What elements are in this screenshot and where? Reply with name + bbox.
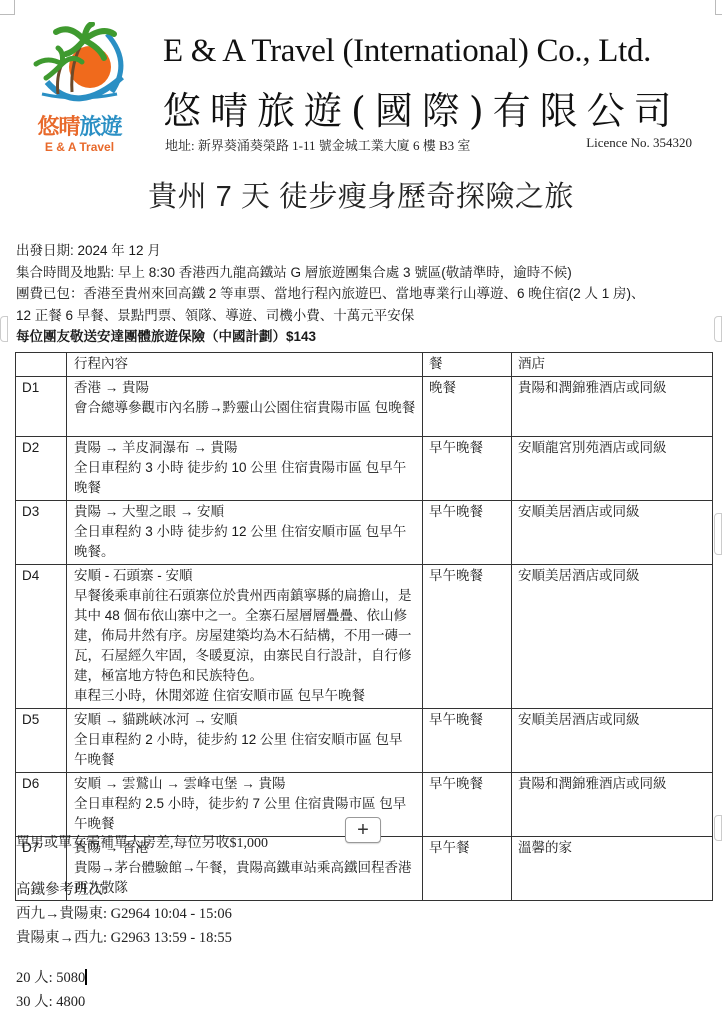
route: 貴陽 → 大聖之眼 → 安順: [74, 502, 416, 522]
right-edge-handle[interactable]: [714, 513, 722, 555]
fee-includes-line1: 團費已包：香港至貴州來回高鐵 2 等車票、當地行程內旅遊巴、當地專業行山導遊、6…: [16, 283, 716, 305]
content-cell: 安順 - 石頭寨 - 安順早餐後乘車前往石頭寨位於貴州西南鎮寧縣的扁擔山，是其中…: [67, 565, 423, 709]
header-day: [16, 353, 67, 377]
price-30-pax[interactable]: 30 人: 4800: [16, 990, 87, 1014]
add-row-button[interactable]: +: [345, 817, 381, 843]
route-detail: 全日車程約 3 小時 徒步約 10 公里 住宿貴陽市區 包早午晚餐: [74, 458, 416, 498]
company-licence: Licence No. 354320: [586, 135, 692, 151]
route: 安順 → 雲鷲山 → 雲峰屯堡 → 貴陽: [74, 774, 416, 794]
route-detail: 早餐後乘車前往石頭寨位於貴州西南鎮寧縣的扁擔山，是其中 48 個布依山寨中之一。…: [74, 586, 416, 686]
route: 貴陽 → 羊皮洞瀑布 → 貴陽: [74, 438, 416, 458]
company-logo: 悠晴旅遊 E & A Travel: [22, 22, 137, 162]
meal-cell: 早午晚餐: [423, 709, 512, 773]
day-cell: D6: [16, 773, 67, 837]
company-name-english: E & A Travel (International) Co., Ltd.: [163, 33, 651, 70]
meal-cell: 早午餐: [423, 837, 512, 901]
content-cell: 香港 → 貴陽會合總導參觀市內名勝→黔靈山公園住宿貴陽市區 包晚餐: [67, 377, 423, 437]
rail-return: 貴陽東→西九: G2963 13:59 - 18:55: [16, 926, 232, 950]
hotel-cell: 安順龍宮別苑酒店或同級: [512, 437, 713, 501]
route-detail-2: 車程三小時，休閒郊遊 住宿安順市區 包早午晚餐: [74, 686, 416, 706]
route-detail: 全日車程約 3 小時 徒步約 12 公里 住宿安順市區 包早午晚餐。: [74, 522, 416, 562]
logo-english-name: E & A Travel: [22, 140, 137, 154]
insurance-note: 每位團友敬送安達團體旅遊保險（中國計劃）$143: [16, 326, 716, 348]
company-address: 地址: 新界葵涌葵榮路 1-11 號金城工業大廈 6 樓 B3 室: [165, 135, 470, 154]
meal-cell: 晚餐: [423, 377, 512, 437]
meal-cell: 早午晚餐: [423, 773, 512, 837]
plus-icon: +: [357, 819, 369, 842]
company-name-chinese: 悠晴旅遊(國際)有限公司: [163, 80, 681, 135]
meeting-point: 集合時間及地點: 早上 8:30 香港西九龍高鐵站 G 層旅遊團集合處 3 號區…: [16, 262, 716, 284]
content-cell: 貴陽 → 羊皮洞瀑布 → 貴陽全日車程約 3 小時 徒步約 10 公里 住宿貴陽…: [67, 437, 423, 501]
text-cursor: [85, 969, 87, 985]
fee-includes-line2: 12 正餐 6 早餐、景點門票、領隊、導遊、司機小費、十萬元平安保: [16, 305, 716, 327]
hotel-cell: 貴陽和潤錦雅酒店或同級: [512, 377, 713, 437]
meal-cell: 早午晚餐: [423, 501, 512, 565]
group-pricing[interactable]: 20 人: 5080 30 人: 4800: [16, 966, 87, 1014]
meal-cell: 早午晚餐: [423, 565, 512, 709]
meal-cell: 早午晚餐: [423, 437, 512, 501]
header-meal: 餐: [423, 353, 512, 377]
header-hotel: 酒店: [512, 353, 713, 377]
logo-chinese-name: 悠晴旅遊: [22, 110, 137, 141]
day-cell: D5: [16, 709, 67, 773]
content-cell: 貴陽 → 大聖之眼 → 安順全日車程約 3 小時 徒步約 12 公里 住宿安順市…: [67, 501, 423, 565]
day-cell: D2: [16, 437, 67, 501]
content-cell: 安順 → 貓跳峽冰河 → 安順全日車程約 2 小時，徒步約 12 公里 住宿安順…: [67, 709, 423, 773]
rail-schedule: 高鐵參考班次: 西九→貴陽東: G2964 10:04 - 15:06 貴陽東→…: [16, 878, 232, 950]
table-row: D1 香港 → 貴陽會合總導參觀市內名勝→黔靈山公園住宿貴陽市區 包晚餐 晚餐 …: [16, 377, 713, 437]
table-header-row: 行程內容 餐 酒店: [16, 353, 713, 377]
route: 香港 → 貴陽: [74, 378, 416, 398]
hotel-cell: 溫馨的家: [512, 837, 713, 901]
route-detail: 會合總導參觀市內名勝→黔靈山公園住宿貴陽市區 包晚餐: [74, 398, 416, 418]
day-cell: D4: [16, 565, 67, 709]
route: 安順 → 貓跳峽冰河 → 安順: [74, 710, 416, 730]
table-row: D3 貴陽 → 大聖之眼 → 安順全日車程約 3 小時 徒步約 12 公里 住宿…: [16, 501, 713, 565]
page-corner-mark: [0, 0, 15, 15]
single-supplement-note: 單男或單女需補單人房差,每位另收$1,000: [16, 832, 268, 852]
departure-date: 出發日期: 2024 年 12 月: [16, 240, 716, 262]
document-title: 貴州 7 天 徒步瘦身歷奇探險之旅: [0, 174, 722, 215]
table-row: D5 安順 → 貓跳峽冰河 → 安順全日車程約 2 小時，徒步約 12 公里 住…: [16, 709, 713, 773]
header-content: 行程內容: [67, 353, 423, 377]
table-row: D4 安順 - 石頭寨 - 安順早餐後乘車前往石頭寨位於貴州西南鎮寧縣的扁擔山，…: [16, 565, 713, 709]
day-cell: D1: [16, 377, 67, 437]
page-corner-mark: [715, 0, 722, 15]
route-detail: 全日車程約 2 小時，徒步約 12 公里 住宿安順市區 包早午晚餐: [74, 730, 416, 770]
day-cell: D3: [16, 501, 67, 565]
palm-sun-logo-icon: [22, 22, 137, 112]
right-edge-handle[interactable]: [714, 815, 722, 841]
rail-outbound: 西九→貴陽東: G2964 10:04 - 15:06: [16, 902, 232, 926]
hotel-cell: 安順美居酒店或同級: [512, 709, 713, 773]
price-20-pax[interactable]: 20 人: 5080: [16, 966, 87, 990]
table-row: D2 貴陽 → 羊皮洞瀑布 → 貴陽全日車程約 3 小時 徒步約 10 公里 住…: [16, 437, 713, 501]
hotel-cell: 安順美居酒店或同級: [512, 501, 713, 565]
hotel-cell: 安順美居酒店或同級: [512, 565, 713, 709]
left-edge-handle[interactable]: [0, 316, 8, 342]
hotel-cell: 貴陽和潤錦雅酒店或同級: [512, 773, 713, 837]
rail-heading: 高鐵參考班次:: [16, 878, 232, 902]
tour-info: 出發日期: 2024 年 12 月 集合時間及地點: 早上 8:30 香港西九龍…: [16, 240, 716, 348]
route: 安順 - 石頭寨 - 安順: [74, 566, 416, 586]
